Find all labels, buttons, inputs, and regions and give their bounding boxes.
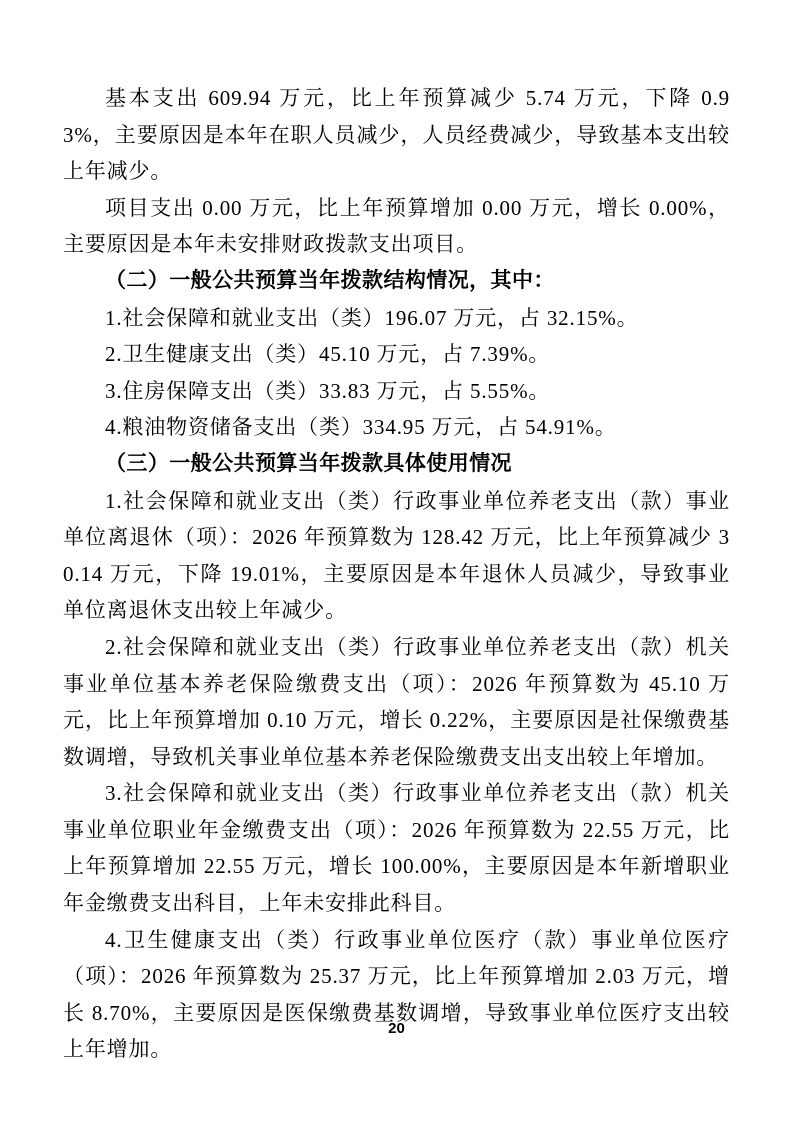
usage-item-1: 1.社会保障和就业支出（类）行政事业单位养老支出（款）事业单位离退休（项）：20… [63, 483, 730, 629]
section-heading-2: （二）一般公共预算当年拨款结构情况，其中： [63, 263, 730, 300]
usage-item-3: 3.社会保障和就业支出（类）行政事业单位养老支出（款）机关事业单位职业年金缴费支… [63, 775, 730, 921]
section-heading-3: （三）一般公共预算当年拨款具体使用情况 [63, 446, 730, 483]
structure-item-4: 4.粮油物资储备支出（类）334.95 万元，占 54.91%。 [63, 409, 730, 446]
document-page: 基本支出 609.94 万元，比上年预算减少 5.74 万元，下降 0.93%，… [0, 0, 793, 1122]
structure-item-1: 1.社会保障和就业支出（类）196.07 万元，占 32.15%。 [63, 300, 730, 337]
document-body: 基本支出 609.94 万元，比上年预算减少 5.74 万元，下降 0.93%，… [63, 80, 730, 1068]
structure-item-3: 3.住房保障支出（类）33.83 万元，占 5.55%。 [63, 373, 730, 410]
page-number: 20 [0, 1020, 793, 1037]
paragraph-basic-expenditure: 基本支出 609.94 万元，比上年预算减少 5.74 万元，下降 0.93%，… [63, 80, 730, 190]
structure-item-2: 2.卫生健康支出（类）45.10 万元，占 7.39%。 [63, 336, 730, 373]
paragraph-project-expenditure: 项目支出 0.00 万元，比上年预算增加 0.00 万元，增长 0.00%，主要… [63, 190, 730, 263]
usage-item-2: 2.社会保障和就业支出（类）行政事业单位养老支出（款）机关事业单位基本养老保险缴… [63, 629, 730, 775]
usage-item-4: 4.卫生健康支出（类）行政事业单位医疗（款）事业单位医疗（项）：2026 年预算… [63, 922, 730, 1068]
